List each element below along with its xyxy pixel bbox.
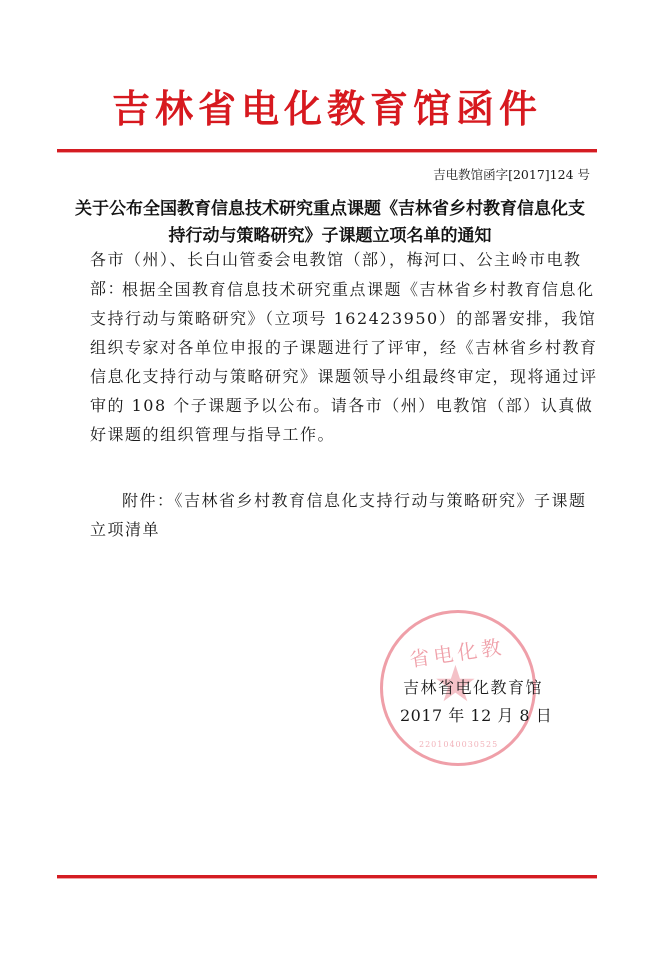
signature-organization: 吉林省电化教育馆: [403, 675, 543, 698]
notice-title-line-1: 关于公布全国教育信息技术研究重点课题《吉林省乡村教育信息化支: [60, 196, 600, 223]
signature-date: 2017 年 12 月 8 日: [400, 703, 552, 726]
body-paragraph: 根据全国教育信息技术研究重点课题《吉林省乡村教育信息化支持行动与策略研究》（立项…: [90, 275, 600, 449]
document-number: 吉电教馆函字[2017]124 号: [433, 165, 590, 183]
body-text: 根据全国教育信息技术研究重点课题《吉林省乡村教育信息化支持行动与策略研究》（立项…: [90, 275, 600, 449]
letterhead-title: 吉林省电化教育馆函件: [0, 78, 654, 133]
footer-divider: [57, 875, 597, 879]
attachment-note: 附件：《吉林省乡村教育信息化支持行动与策略研究》子课题立项清单: [90, 486, 600, 544]
attachment-text: 附件：《吉林省乡村教育信息化支持行动与策略研究》子课题立项清单: [90, 486, 600, 544]
letterhead-divider: [57, 149, 597, 153]
seal-code: 2201040030525: [419, 740, 498, 749]
notice-title: 关于公布全国教育信息技术研究重点课题《吉林省乡村教育信息化支 持行动与策略研究》…: [60, 196, 600, 250]
